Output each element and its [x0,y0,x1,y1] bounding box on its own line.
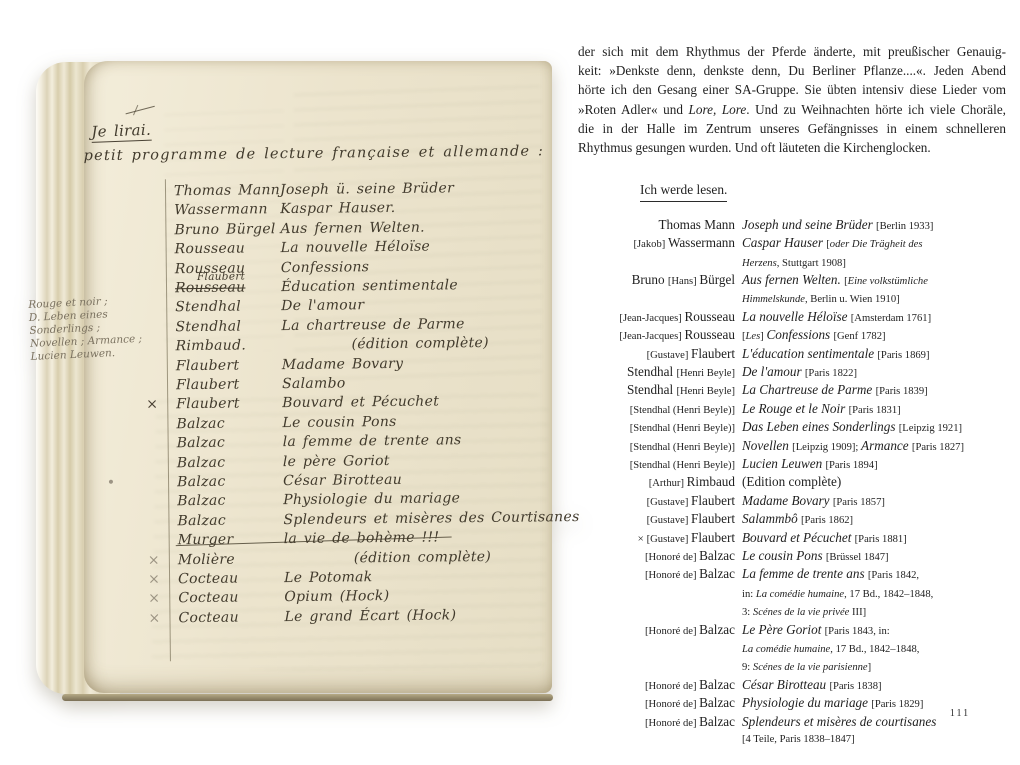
reading-list-entry: [Gustave] FlaubertSalammbô [Paris 1862] [578,511,1006,529]
manuscript-title: (édition complète) [354,549,491,566]
manuscript-title: Bouvard et Pécuchet [282,394,439,412]
manuscript-title: la femme de trente ans [283,432,462,450]
manuscript-title: Confessions [281,259,370,276]
entry-title: De l'amour [Paris 1822] [742,364,1006,382]
entry-author: [Jakob] Wassermann [578,235,735,253]
entry-title: La Chartreuse de Parme [Paris 1839] [742,382,1006,400]
entry-author: [Honoré de] Balzac [578,566,735,584]
manuscript-author: Rimbaud. [176,338,247,355]
reading-list-entry: [Gustave] FlaubertL'éducation sentimenta… [578,346,1006,364]
manuscript-title: Joseph ü. seine Brüder [280,180,454,198]
manuscript-author: Balzac [176,415,225,432]
reading-list-entry: Thomas MannJoseph und seine Brüder [Berl… [578,217,1006,235]
reading-list-entry: [Jean-Jacques] RousseauLa nouvelle Héloï… [578,309,1006,327]
manuscript-title: Le grand Écart (Hock) [284,607,456,625]
manuscript-author: Stendhal [175,318,241,335]
entry-title: Le Père Goriot [Paris 1843, in:La comédi… [742,622,1006,677]
entry-title: Das Leben eines Sonderlings [Leipzig 192… [742,419,1006,437]
reading-list-entry: [Stendhal (Henri Beyle)]Novellen [Leipzi… [578,438,1006,456]
paragraph-line: Rhythmus gesungen wurden. Und oft läutet… [578,138,1006,157]
entry-author: [Gustave] Flaubert [578,493,735,511]
reading-list-entry: [Honoré de] BalzacLe cousin Pons [Brüsse… [578,548,1006,566]
entry-author: [Stendhal (Henri Beyle)] [578,419,735,437]
manuscript-rows: Thomas MannJoseph ü. seine BrüderWasserm… [25,55,552,61]
entry-title: (Edition complète) [742,474,1006,490]
manuscript-title: Opium (Hock) [284,588,389,605]
entry-title: Madame Bovary [Paris 1857] [742,493,1006,511]
entry-author: [Honoré de] Balzac [578,714,735,732]
manuscript-heading: Je lirai. [91,121,151,143]
reading-list-entry: [Stendhal (Henri Beyle)]Le Rouge et le N… [578,401,1006,419]
manuscript-subheading: petit programme de lecture française et … [84,143,545,164]
manuscript-author: Molière [178,551,235,568]
notebook-photo: Je lirai. petit programme de lecture fra… [28,58,555,702]
manuscript-marker: × [142,571,166,587]
manuscript-title: La chartreuse de Parme [281,316,464,334]
reading-list-entry: Stendhal [Henri Beyle]De l'amour [Paris … [578,364,1006,382]
manuscript-author: Balzac [177,493,226,510]
manuscript-title: La nouvelle Héloïse [281,239,431,257]
entry-author: [Stendhal (Henri Beyle)] [578,401,735,419]
manuscript-title: le père Goriot [283,453,390,470]
entry-author: [Stendhal (Henri Beyle)] [578,438,735,456]
manuscript-title: Kaspar Hauser. [280,200,395,217]
entry-title: La femme de trente ans [Paris 1842,in: L… [742,566,1006,621]
entry-title: Le Rouge et le Noir [Paris 1831] [742,401,1006,419]
book-spread: Je lirai. petit programme de lecture fra… [0,0,1020,765]
manuscript-author: Bruno Bürgel [174,221,275,238]
entry-author: Stendhal [Henri Beyle] [578,364,735,382]
manuscript-title: Splendeurs et misères des Courtisanes [283,509,579,528]
reading-list-entry: [Stendhal (Henri Beyle)]Das Leben eines … [578,419,1006,437]
entry-title: [Les] Confessions [Genf 1782] [742,327,1006,345]
manuscript-title: Aus fernen Welten. [280,219,425,237]
reading-list-entry: [Arthur] Rimbaud(Edition complète) [578,474,1006,492]
manuscript-author: Stendhal [175,299,241,316]
entry-author: [Jean-Jacques] Rousseau [578,309,735,327]
reading-list-entry: [Jean-Jacques] Rousseau[Les] Confessions… [578,327,1006,345]
entry-author: [Honoré de] Balzac [578,622,735,640]
manuscript-author: Cocteau [178,571,239,588]
reading-list-entry: [Honoré de] BalzacCésar Birotteau [Paris… [578,677,1006,695]
paragraph-line: hörte ich den Gesang einer SA-Gruppe. Si… [578,80,1006,99]
manuscript-author: Balzac [177,512,226,529]
entry-title: Bouvard et Pécuchet [Paris 1881] [742,530,1006,548]
entry-author: Thomas Mann [578,217,735,233]
reading-list-entry: [Jakob] WassermannCaspar Hauser [oder Di… [578,235,1006,272]
reading-list-entry: [Stendhal (Henri Beyle)]Lucien Leuwen [P… [578,456,1006,474]
manuscript-author-correction: Flaubert [197,270,245,283]
manuscript-author: Flaubert [176,357,240,374]
paragraph-line: keit: »Denkste denn, denkste denn, Du Be… [578,61,1006,80]
manuscript-marker: × [142,552,166,568]
manuscript-author: Balzac [177,474,226,491]
reading-list: Thomas MannJoseph und seine Brüder [Berl… [578,217,1006,749]
printed-paragraph: der sich mit dem Rhythmus der Pferde änd… [578,42,1006,157]
manuscript-marker: × [142,591,166,607]
manuscript-marker: × [140,397,164,413]
reading-list-entry: [Gustave] FlaubertMadame Bovary [Paris 1… [578,493,1006,511]
entry-author: [Honoré de] Balzac [578,548,735,566]
manuscript-author: Wassermann [174,202,268,219]
manuscript-title: Le Potomak [284,569,373,586]
entry-author: × [Gustave] Flaubert [578,530,735,548]
entry-author: [Honoré de] Balzac [578,677,735,695]
manuscript-author: Flaubert [176,377,240,394]
manuscript-author: Cocteau [178,609,239,626]
reading-list-entry: [Honoré de] BalzacLe Père Goriot [Paris … [578,622,1006,677]
manuscript-title: César Birotteau [283,472,402,489]
manuscript-marker: • [99,475,123,491]
entry-author: [Arthur] Rimbaud [578,474,735,492]
paragraph-line: »Roten Adler« und Lore, Lore. Und zu Wei… [578,100,1006,119]
manuscript-layer: Je lirai. petit programme de lecture fra… [25,55,559,704]
manuscript-author: Thomas Mann [174,182,280,199]
paragraph-line: der sich mit dem Rhythmus der Pferde änd… [578,42,1006,61]
crossed-out-scribble [125,103,155,115]
notebook-bottom-edge [62,694,553,701]
paragraph-line: die in der Halle im Zentrum unseres Gefä… [578,119,1006,138]
page-number: 111 [938,708,982,719]
manuscript-author: Balzac [177,435,226,452]
manuscript-title: Physiologie du mariage [283,491,460,509]
manuscript-author: Cocteau [178,590,239,607]
reading-list-entry: Stendhal [Henri Beyle]La Chartreuse de P… [578,382,1006,400]
entry-title: Lucien Leuwen [Paris 1894] [742,456,1006,474]
entry-title: L'éducation sentimentale [Paris 1869] [742,346,1006,364]
entry-author: Stendhal [Henri Beyle] [578,382,735,400]
entry-title: César Birotteau [Paris 1838] [742,677,1006,695]
manuscript-author: Balzac [177,454,226,471]
entry-title: Le cousin Pons [Brüssel 1847] [742,548,1006,566]
manuscript-author: Rousseau [175,241,246,258]
manuscript-marker: × [142,610,166,626]
entry-author: [Stendhal (Henri Beyle)] [578,456,735,474]
manuscript-title: De l'amour [281,298,364,315]
reading-list-heading: Ich werde lesen. [640,182,727,202]
printed-page: der sich mit dem Rhythmus der Pferde änd… [578,42,1006,749]
entry-title: Salammbô [Paris 1862] [742,511,1006,529]
reading-list-entry: × [Gustave] FlaubertBouvard et Pécuchet … [578,530,1006,548]
manuscript-author: Flaubert [176,396,240,413]
entry-author: [Jean-Jacques] Rousseau [578,327,735,345]
manuscript-title: Salambo [282,375,346,392]
entry-author: Bruno [Hans] Bürgel [578,272,735,290]
manuscript-title: (édition complète) [352,335,489,352]
reading-list-entry: [Honoré de] BalzacLa femme de trente ans… [578,566,1006,621]
entry-author: [Gustave] Flaubert [578,511,735,529]
entry-title: Aus fernen Welten. [Eine volkstümlicheHi… [742,272,1006,309]
entry-author: [Gustave] Flaubert [578,346,735,364]
entry-title: Joseph und seine Brüder [Berlin 1933] [742,217,1006,235]
manuscript-title: Le cousin Pons [282,414,396,431]
entry-title: Caspar Hauser [oder Die Trägheit desHerz… [742,235,1006,272]
entry-author: [Honoré de] Balzac [578,695,735,713]
manuscript-title: Madame Bovary [282,355,404,372]
reading-list-entry: Bruno [Hans] BürgelAus fernen Welten. [E… [578,272,1006,309]
manuscript-title: Éducation sentimentale [281,277,458,295]
entry-title: La nouvelle Héloïse [Amsterdam 1761] [742,309,1006,327]
entry-title: Novellen [Leipzig 1909]; Armance [Paris … [742,438,1006,456]
